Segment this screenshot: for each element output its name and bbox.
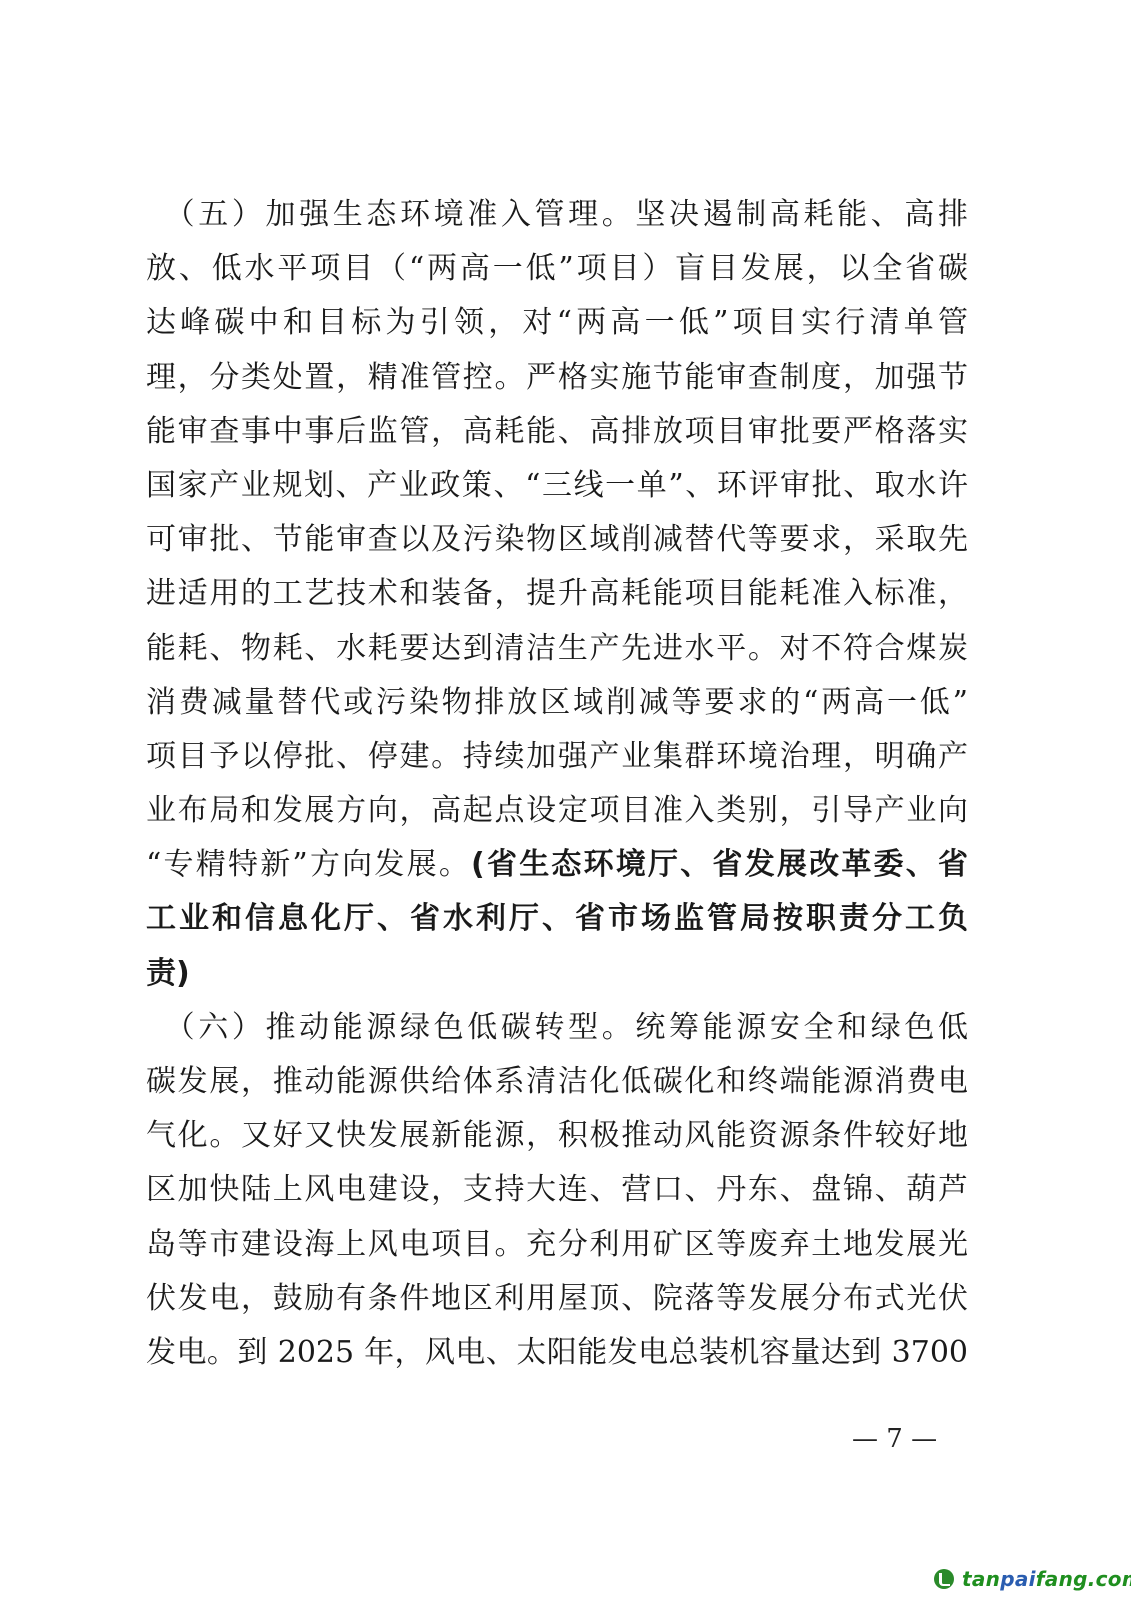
section-6-line-4: 区加快陆上风电建设，支持大连、营口、丹东、盘锦、葫芦 [146,1163,968,1217]
body-text: （五）加强生态环境准入管理。坚决遏制高耗能、高排 放、低水平项目（“两高一低”项… [146,188,968,1380]
section-5-line-11: 项目予以停批、停建。持续加强产业集群环境治理，明确产 [146,730,968,784]
page-number: — 7 — [800,1424,1052,1454]
section-6-line-7: 发电。到 2025 年，风电、太阳能发电总装机容量达到 3700 [146,1326,968,1380]
document-page: （五）加强生态环境准入管理。坚决遏制高耗能、高排 放、低水平项目（“两高一低”项… [0,0,1131,1600]
watermark: tanpaifang.com [934,1564,1131,1594]
section-5-line-6: 国家产业规划、产业政策、“三线一单”、环评审批、取水许 [146,459,968,513]
section-6-line-6: 伏发电，鼓励有条件地区利用屋顶、院落等发展分布式光伏 [146,1272,968,1326]
section-5-line-2: 放、低水平项目（“两高一低”项目）盲目发展，以全省碳 [146,242,968,296]
section-6-line-5: 岛等市建设海上风电项目。充分利用矿区等废弃土地发展光 [146,1218,968,1272]
line-plain-text: “专精特新”方向发展。 [146,847,471,882]
section-5-line-5: 能审查事中事后监管，高耗能、高排放项目审批要严格落实 [146,405,968,459]
responsible-departments-text: (省生态环境厅、省发展改革委、省 [471,847,968,882]
section-5-line-10: 消费减量替代或污染物排放区域削减等要求的“两高一低” [146,676,968,730]
section-5-line-13: “专精特新”方向发展。(省生态环境厅、省发展改革委、省 [146,838,968,892]
section-5-line-7: 可审批、节能审查以及污染物区域削减替代等要求，采取先 [146,513,968,567]
section-5-line-3: 达峰碳中和目标为引领，对“两高一低”项目实行清单管 [146,296,968,350]
section-5-line-12: 业布局和发展方向，高起点设定项目准入类别，引导产业向 [146,784,968,838]
section-5-line-9: 能耗、物耗、水耗要达到清洁生产先进水平。对不符合煤炭 [146,622,968,676]
watermark-text: tanpaifang.com [962,1567,1131,1591]
section-5-line-4: 理，分类处置，精准管控。严格实施节能审查制度，加强节 [146,351,968,405]
section-5-line-15: 责) [146,947,968,1001]
section-5-line-14: 工业和信息化厅、省水利厅、省市场监管局按职责分工负 [146,892,968,946]
section-6-line-1: （六）推动能源绿色低碳转型。统筹能源安全和绿色低 [146,1001,968,1055]
section-5-line-1: （五）加强生态环境准入管理。坚决遏制高耗能、高排 [146,188,968,242]
section-6-line-2: 碳发展，推动能源供给体系清洁化低碳化和终端能源消费电 [146,1055,968,1109]
tanpaifang-logo-icon [934,1569,954,1589]
section-6-line-3: 气化。又好又快发展新能源，积极推动风能资源条件较好地 [146,1109,968,1163]
section-5-line-8: 进适用的工艺技术和装备，提升高耗能项目能耗准入标准， [146,567,968,621]
